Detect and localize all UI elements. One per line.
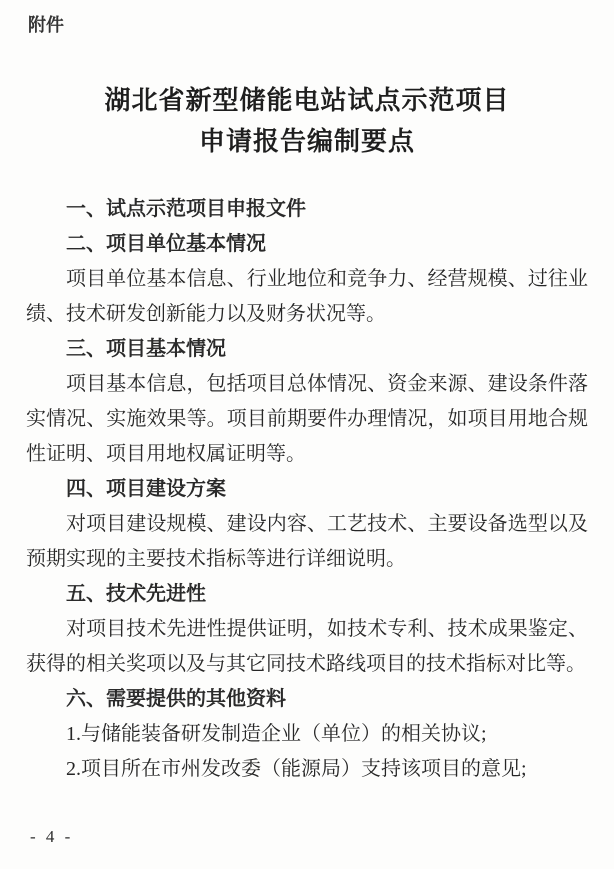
page-number: - 4 -: [30, 827, 73, 847]
list-item-2: 2.项目所在市州发改委（能源局）支持该项目的意见;: [26, 752, 588, 787]
section-6: 六、需要提供的其他资料 1.与储能装备研发制造企业（单位）的相关协议; 2.项目…: [26, 682, 588, 787]
paragraph: 项目单位基本信息、行业地位和竞争力、经营规模、过往业绩、技术研发创新能力以及财务…: [26, 262, 588, 332]
title-line-2: 申请报告编制要点: [0, 121, 614, 162]
section-heading: 三、项目基本情况: [26, 332, 588, 367]
paragraph: 项目基本信息，包括项目总体情况、资金来源、建设条件落实情况、实施效果等。项目前期…: [26, 367, 588, 472]
section-5: 五、技术先进性 对项目技术先进性提供证明，如技术专利、技术成果鉴定、获得的相关奖…: [26, 577, 588, 682]
section-heading: 四、项目建设方案: [26, 472, 588, 507]
section-heading: 六、需要提供的其他资料: [26, 682, 588, 717]
document-title: 湖北省新型储能电站试点示范项目 申请报告编制要点: [0, 80, 614, 162]
section-heading: 五、技术先进性: [26, 577, 588, 612]
section-1: 一、试点示范项目申报文件: [26, 192, 588, 227]
document-page: 附件 湖北省新型储能电站试点示范项目 申请报告编制要点 一、试点示范项目申报文件…: [0, 0, 614, 869]
section-3: 三、项目基本情况 项目基本信息，包括项目总体情况、资金来源、建设条件落实情况、实…: [26, 332, 588, 472]
section-4: 四、项目建设方案 对项目建设规模、建设内容、工艺技术、主要设备选型以及预期实现的…: [26, 472, 588, 577]
paragraph: 对项目技术先进性提供证明，如技术专利、技术成果鉴定、获得的相关奖项以及与其它同技…: [26, 612, 588, 682]
title-line-1: 湖北省新型储能电站试点示范项目: [0, 80, 614, 121]
section-heading: 一、试点示范项目申报文件: [26, 192, 588, 227]
paragraph: 对项目建设规模、建设内容、工艺技术、主要设备选型以及预期实现的主要技术指标等进行…: [26, 507, 588, 577]
section-2: 二、项目单位基本情况 项目单位基本信息、行业地位和竞争力、经营规模、过往业绩、技…: [26, 227, 588, 332]
section-heading: 二、项目单位基本情况: [26, 227, 588, 262]
attachment-label: 附件: [28, 0, 614, 37]
document-body: 一、试点示范项目申报文件 二、项目单位基本情况 项目单位基本信息、行业地位和竞争…: [0, 192, 614, 787]
list-item-1: 1.与储能装备研发制造企业（单位）的相关协议;: [26, 717, 588, 752]
